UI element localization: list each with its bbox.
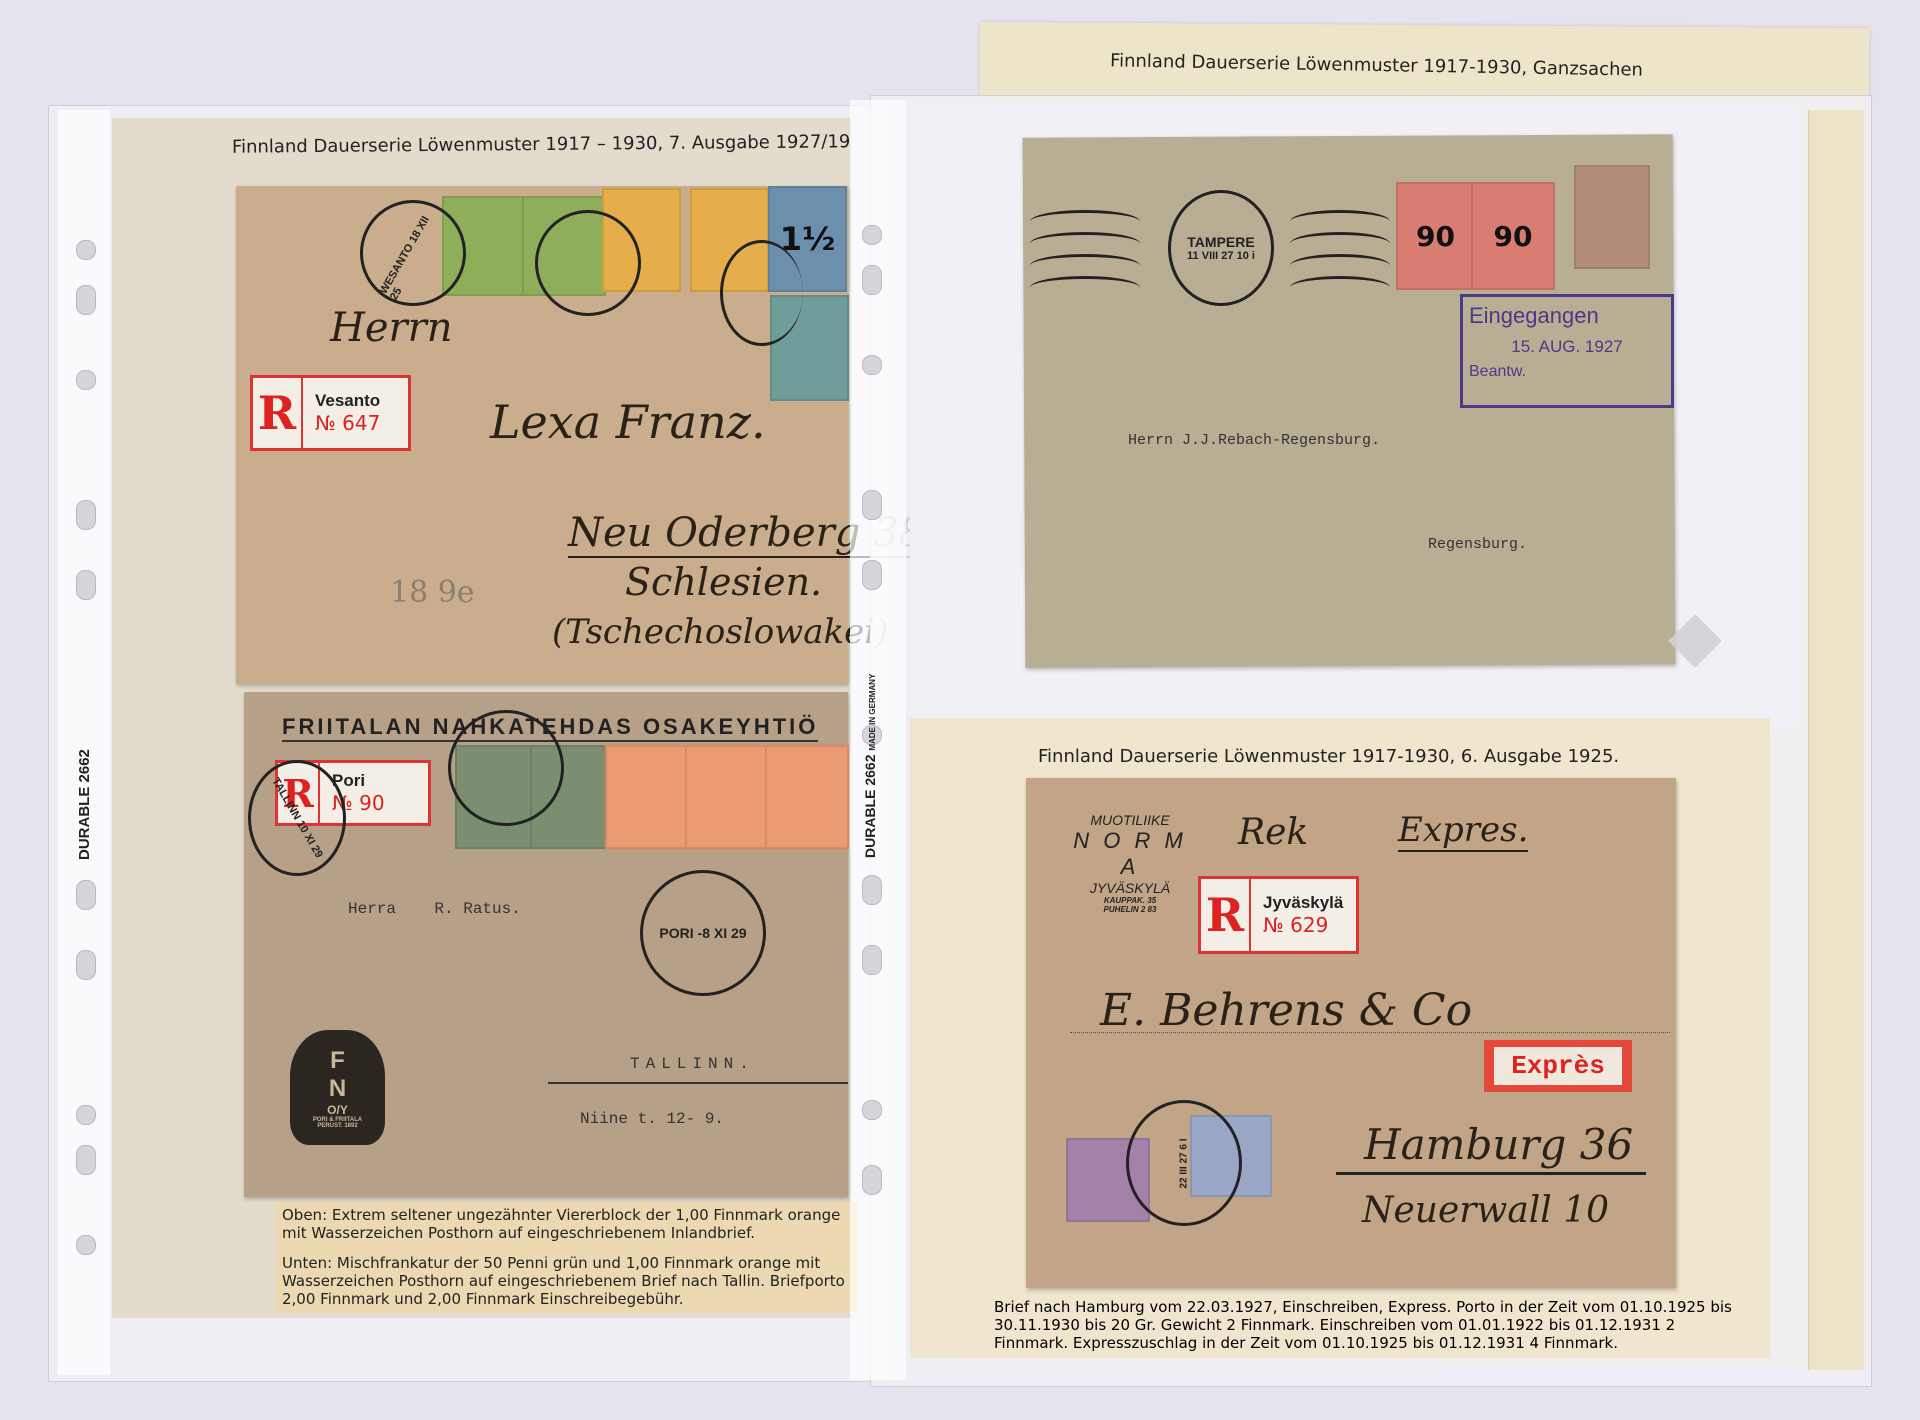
letterhead-norma: MUOTILIIKE N O R M A JYVÄSKYLÄ KAUPPAK. … (1060, 812, 1200, 914)
annotation-expres: Expres. (1398, 810, 1528, 852)
punch-hole (76, 1105, 96, 1125)
received-stamp: Eingegangen 15. AUG. 1927 Beantw. (1460, 294, 1674, 408)
punch-hole (76, 1145, 96, 1175)
pencil-note: 18 9e (390, 575, 475, 610)
registration-letter: R (1201, 879, 1251, 951)
address-street: Niine t. 12- 9. (580, 1110, 724, 1128)
postmark-tallinn: TALLINN 10 XI 29 (248, 760, 346, 876)
machine-cancel-wave (1290, 210, 1390, 233)
machine-cancel-wave (1290, 232, 1390, 255)
punch-hole (862, 355, 882, 375)
machine-cancel-wave (1030, 276, 1140, 299)
address-street: Neuerwall 10 (1362, 1190, 1609, 1231)
express-text: Exprès (1492, 1045, 1624, 1087)
spine-brand: DURABLE (862, 790, 878, 858)
punch-hole (862, 945, 882, 975)
received-date: 15. AUG. 1927 (1463, 329, 1671, 357)
postmark-wesanto (535, 210, 641, 316)
punch-hole (862, 875, 882, 905)
stamp-brown-20-imprint (1574, 165, 1650, 269)
caption-top: Oben: Extrem seltener ungezähnter Vierer… (282, 1206, 852, 1242)
received-answered: Beantw. (1463, 357, 1671, 387)
punch-hole (76, 240, 96, 260)
machine-cancel-wave (1030, 254, 1140, 277)
punch-hole (862, 490, 882, 520)
punch-hole (76, 370, 96, 390)
machine-cancel-wave (1290, 276, 1390, 299)
registration-place: Jyväskylä (1263, 893, 1356, 913)
postmark-wesanto: WESANTO 18 XII 25 (360, 200, 466, 306)
postmark-pori: PORI -8 XI 29 (640, 870, 766, 996)
address-recipient: Herrn J.J.Rebach-Regensburg. (1128, 432, 1380, 449)
address-city: Regensburg. (1428, 536, 1527, 553)
registration-label-vesanto: R Vesanto № 647 (250, 375, 411, 451)
punch-hole (862, 560, 882, 590)
spine-label-center: DURABLE 2662 MADE IN GERMANY (862, 674, 878, 858)
spine-label-left: DURABLE 2662 (76, 749, 93, 860)
punch-hole (76, 1235, 96, 1255)
address-city: Hamburg 36 (1364, 1120, 1633, 1169)
stacked-pages-edge (1808, 110, 1864, 1370)
punch-hole (76, 500, 96, 530)
annotation-rek: Rek (1238, 812, 1308, 853)
punch-hole (862, 1100, 882, 1120)
registration-number: № 90 (332, 791, 428, 815)
address-region: Schlesien. (625, 560, 822, 604)
machine-cancel-wave (1030, 232, 1140, 255)
friitala-logo: F N O/Y PORI & FRIITALA PERUST. 1892 (290, 1030, 385, 1145)
address-recipient: E. Behrens & Co (1100, 985, 1472, 1036)
caption-right: Brief nach Hamburg vom 22.03.1927, Einsc… (994, 1298, 1734, 1352)
registration-label-jyvaskyla: R Jyväskylä № 629 (1198, 876, 1359, 954)
address-herra: Herra R. Ratus. (348, 900, 521, 918)
registration-number: № 629 (1263, 913, 1356, 937)
express-label: Exprès (1484, 1040, 1632, 1092)
punch-hole (862, 225, 882, 245)
registration-number: № 647 (315, 411, 408, 435)
punch-hole (76, 570, 96, 600)
spine-model: 2662 (862, 755, 878, 786)
received-label: Eingegangen (1463, 297, 1671, 329)
stamp-red-90p: 90 (1396, 182, 1475, 290)
postmark-wesanto (720, 240, 803, 346)
punch-hole (76, 950, 96, 980)
machine-cancel-wave (1030, 210, 1140, 233)
address-underline (1336, 1172, 1646, 1175)
stamp-orange-1m (605, 745, 689, 849)
punch-hole (76, 880, 96, 910)
punch-hole (862, 1165, 882, 1195)
spine-model: 2662 (76, 749, 93, 782)
address-country: (Tschechoslowakei) (552, 612, 888, 652)
stamp-orange-1m (685, 745, 769, 849)
caption-bottom: Unten: Mischfrankatur der 50 Penni grün … (282, 1254, 852, 1308)
right-bottom-title: Finnland Dauerserie Löwenmuster 1917-193… (1038, 746, 1619, 767)
address-underline (548, 1082, 848, 1084)
address-line (1070, 1032, 1670, 1033)
stamp-red-90p: 90 (1471, 182, 1555, 290)
postmark-pori (448, 710, 564, 826)
punch-hole (76, 285, 96, 315)
postmark-jyvaskyla: 22 III 27 6 I (1126, 1100, 1242, 1226)
address-herrn: Herrn (330, 305, 453, 351)
machine-cancel-wave (1290, 254, 1390, 277)
spine-brand: DURABLE (76, 787, 93, 860)
stamp-orange-1m (765, 745, 849, 849)
registration-place: Vesanto (315, 391, 408, 411)
registration-letter: R (253, 378, 303, 448)
postmark-tampere: TAMPERE 11 VIII 27 10 i (1168, 190, 1274, 306)
punch-hole (862, 265, 882, 295)
caption-left: Oben: Extrem seltener ungezähnter Vierer… (276, 1202, 858, 1312)
registration-place: Pori (332, 771, 428, 791)
spine-origin: MADE IN GERMANY (868, 674, 877, 751)
address-tallinn: TALLINN. (630, 1055, 755, 1073)
address-name: Lexa Franz. (490, 395, 766, 449)
